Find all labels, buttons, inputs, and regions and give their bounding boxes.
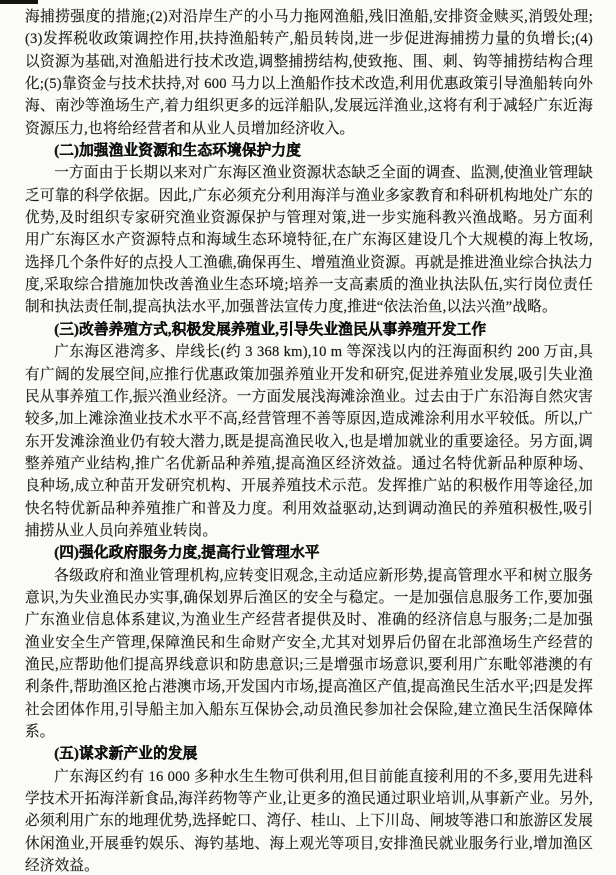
paragraph-section-4: 各级政府和渔业管理机构,应转变旧观念,主动适应新形势,提高管理水平和树立服务意识… [25, 565, 593, 744]
section-heading-4: (四)强化政府服务力度,提高行业管理水平 [25, 542, 593, 564]
section-heading-2: (二)加强渔业资源和生态环境保护力度 [25, 140, 593, 162]
document-page: 海捕捞强度的措施;(2)对沿岸生产的小马力拖网渔船,残旧渔船,安排资金赎买,消毁… [25, 6, 593, 875]
section-heading-3: (三)改善养殖方式,积极发展养殖业,引导失业渔民从事养殖开发工作 [25, 319, 593, 341]
section-heading-5: (五)谋求新产业的发展 [25, 743, 593, 765]
scan-artifact-mark [0, 0, 38, 4]
paragraph-section-5: 广东海区约有 16 000 多种水生生物可供利用,但目前能直接利用的不多,要用先… [25, 766, 593, 875]
paragraph-continuation: 海捕捞强度的措施;(2)对沿岸生产的小马力拖网渔船,残旧渔船,安排资金赎买,消毁… [25, 6, 593, 140]
paragraph-section-2: 一方面由于长期以来对广东海区渔业资源状态缺乏全面的调查、监测,使渔业管理缺乏可靠… [25, 162, 593, 318]
paragraph-section-3: 广东海区港湾多、岸线长(约 3 368 km),10 m 等深浅以内的汪海面积约… [25, 341, 593, 542]
